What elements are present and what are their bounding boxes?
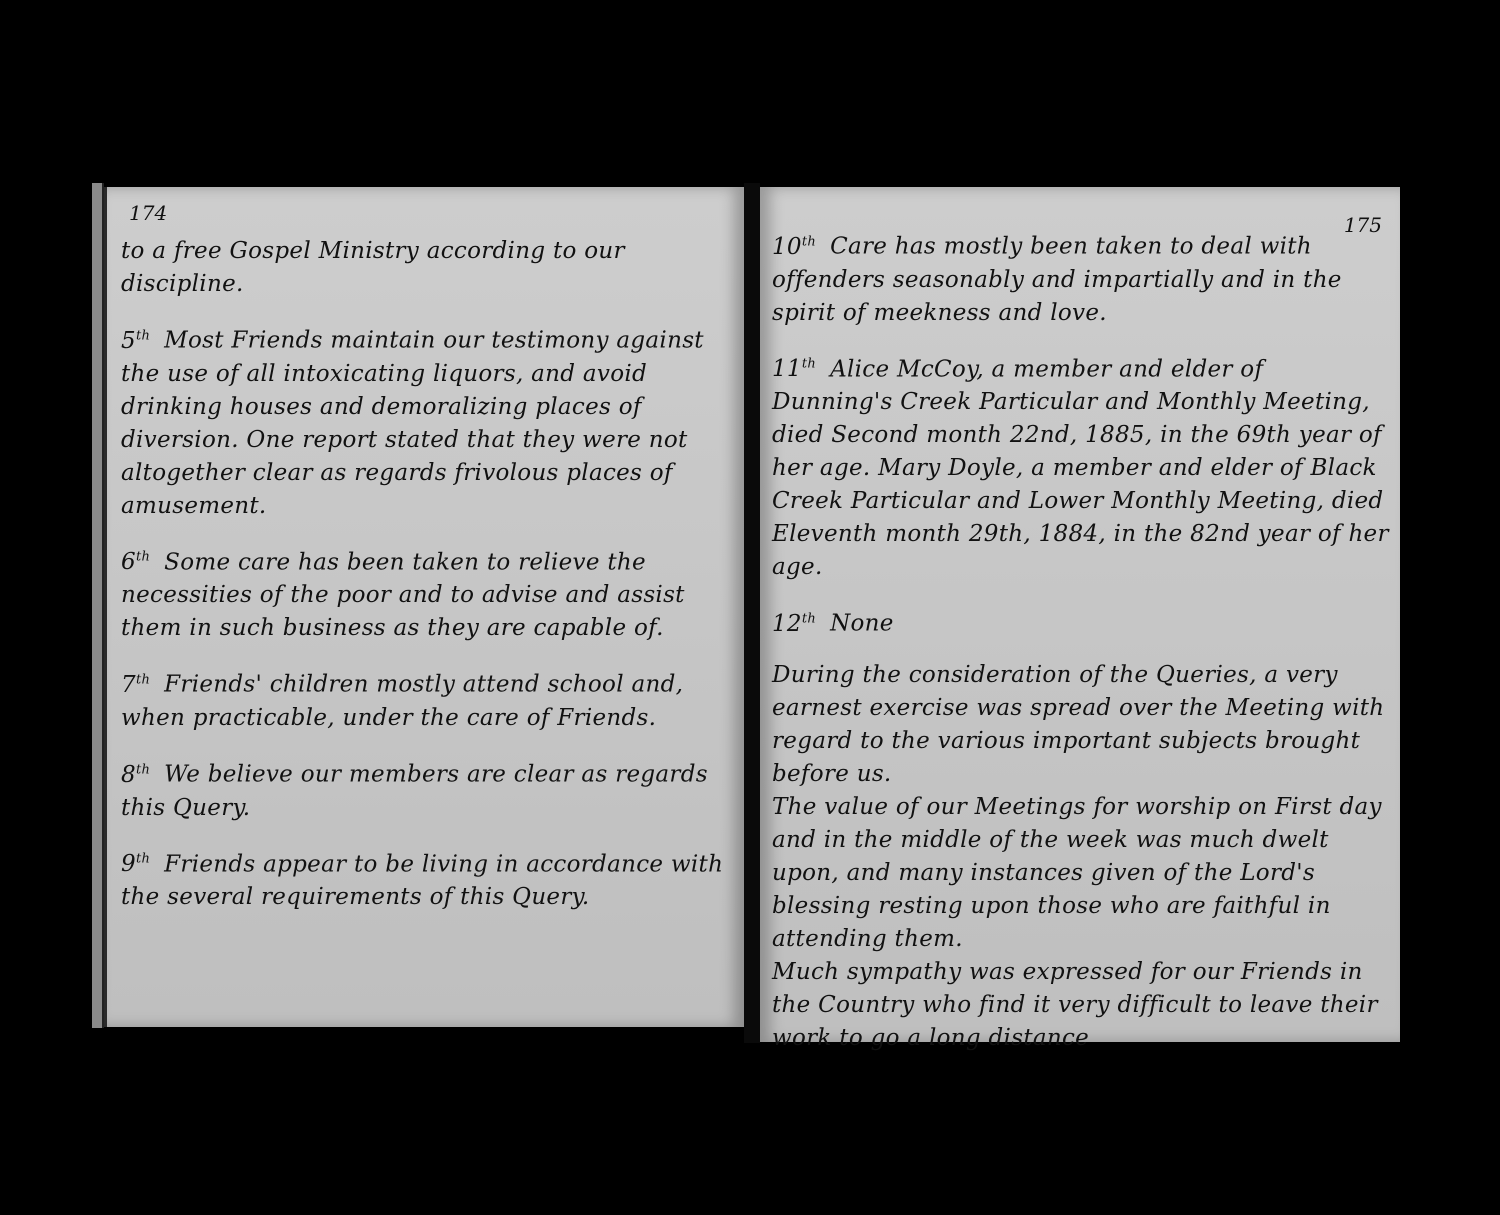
query-answer-12: 12thNone: [772, 602, 1390, 641]
paragraph: to a free Gospel Ministry according to o…: [121, 235, 734, 301]
query-number: 11th: [772, 356, 816, 382]
paragraph: Much sympathy was expressed for our Frie…: [772, 956, 1390, 1055]
query-number: 5th: [121, 328, 150, 354]
right-page-text: 10thCare has mostly been taken to deal w…: [772, 225, 1390, 1055]
book-gutter: [744, 183, 760, 1043]
query-answer-9: 9thFriends appear to be living in accord…: [121, 843, 734, 915]
open-ledger-book: 174 to a free Gospel Ministry according …: [92, 183, 1412, 1043]
query-number: 6th: [121, 549, 150, 575]
paragraph: During the consideration of the Queries,…: [772, 659, 1390, 791]
left-page: 174 to a free Gospel Ministry according …: [104, 187, 744, 1027]
query-answer-7: 7thFriends' children mostly attend schoo…: [121, 663, 734, 735]
query-answer-11: 11thAlice McCoy, a member and elder of D…: [772, 348, 1390, 585]
query-number: 12th: [772, 611, 816, 637]
query-number: 7th: [121, 672, 150, 698]
book-edge: [92, 183, 104, 1028]
query-answer-6: 6thSome care has been taken to relieve t…: [121, 541, 734, 646]
page-number-left: 174: [129, 201, 167, 225]
query-answer-5: 5thMost Friends maintain our testimony a…: [121, 319, 734, 523]
query-answer-8: 8thWe believe our members are clear as r…: [121, 753, 734, 825]
paragraph: The value of our Meetings for worship on…: [772, 791, 1390, 956]
query-number: 9th: [121, 851, 150, 877]
right-page: 175 10thCare has mostly been taken to de…: [760, 187, 1400, 1042]
query-number: 10th: [772, 234, 816, 260]
left-page-text: to a free Gospel Ministry according to o…: [121, 235, 734, 932]
query-answer-10: 10thCare has mostly been taken to deal w…: [772, 225, 1390, 330]
query-number: 8th: [121, 762, 150, 788]
